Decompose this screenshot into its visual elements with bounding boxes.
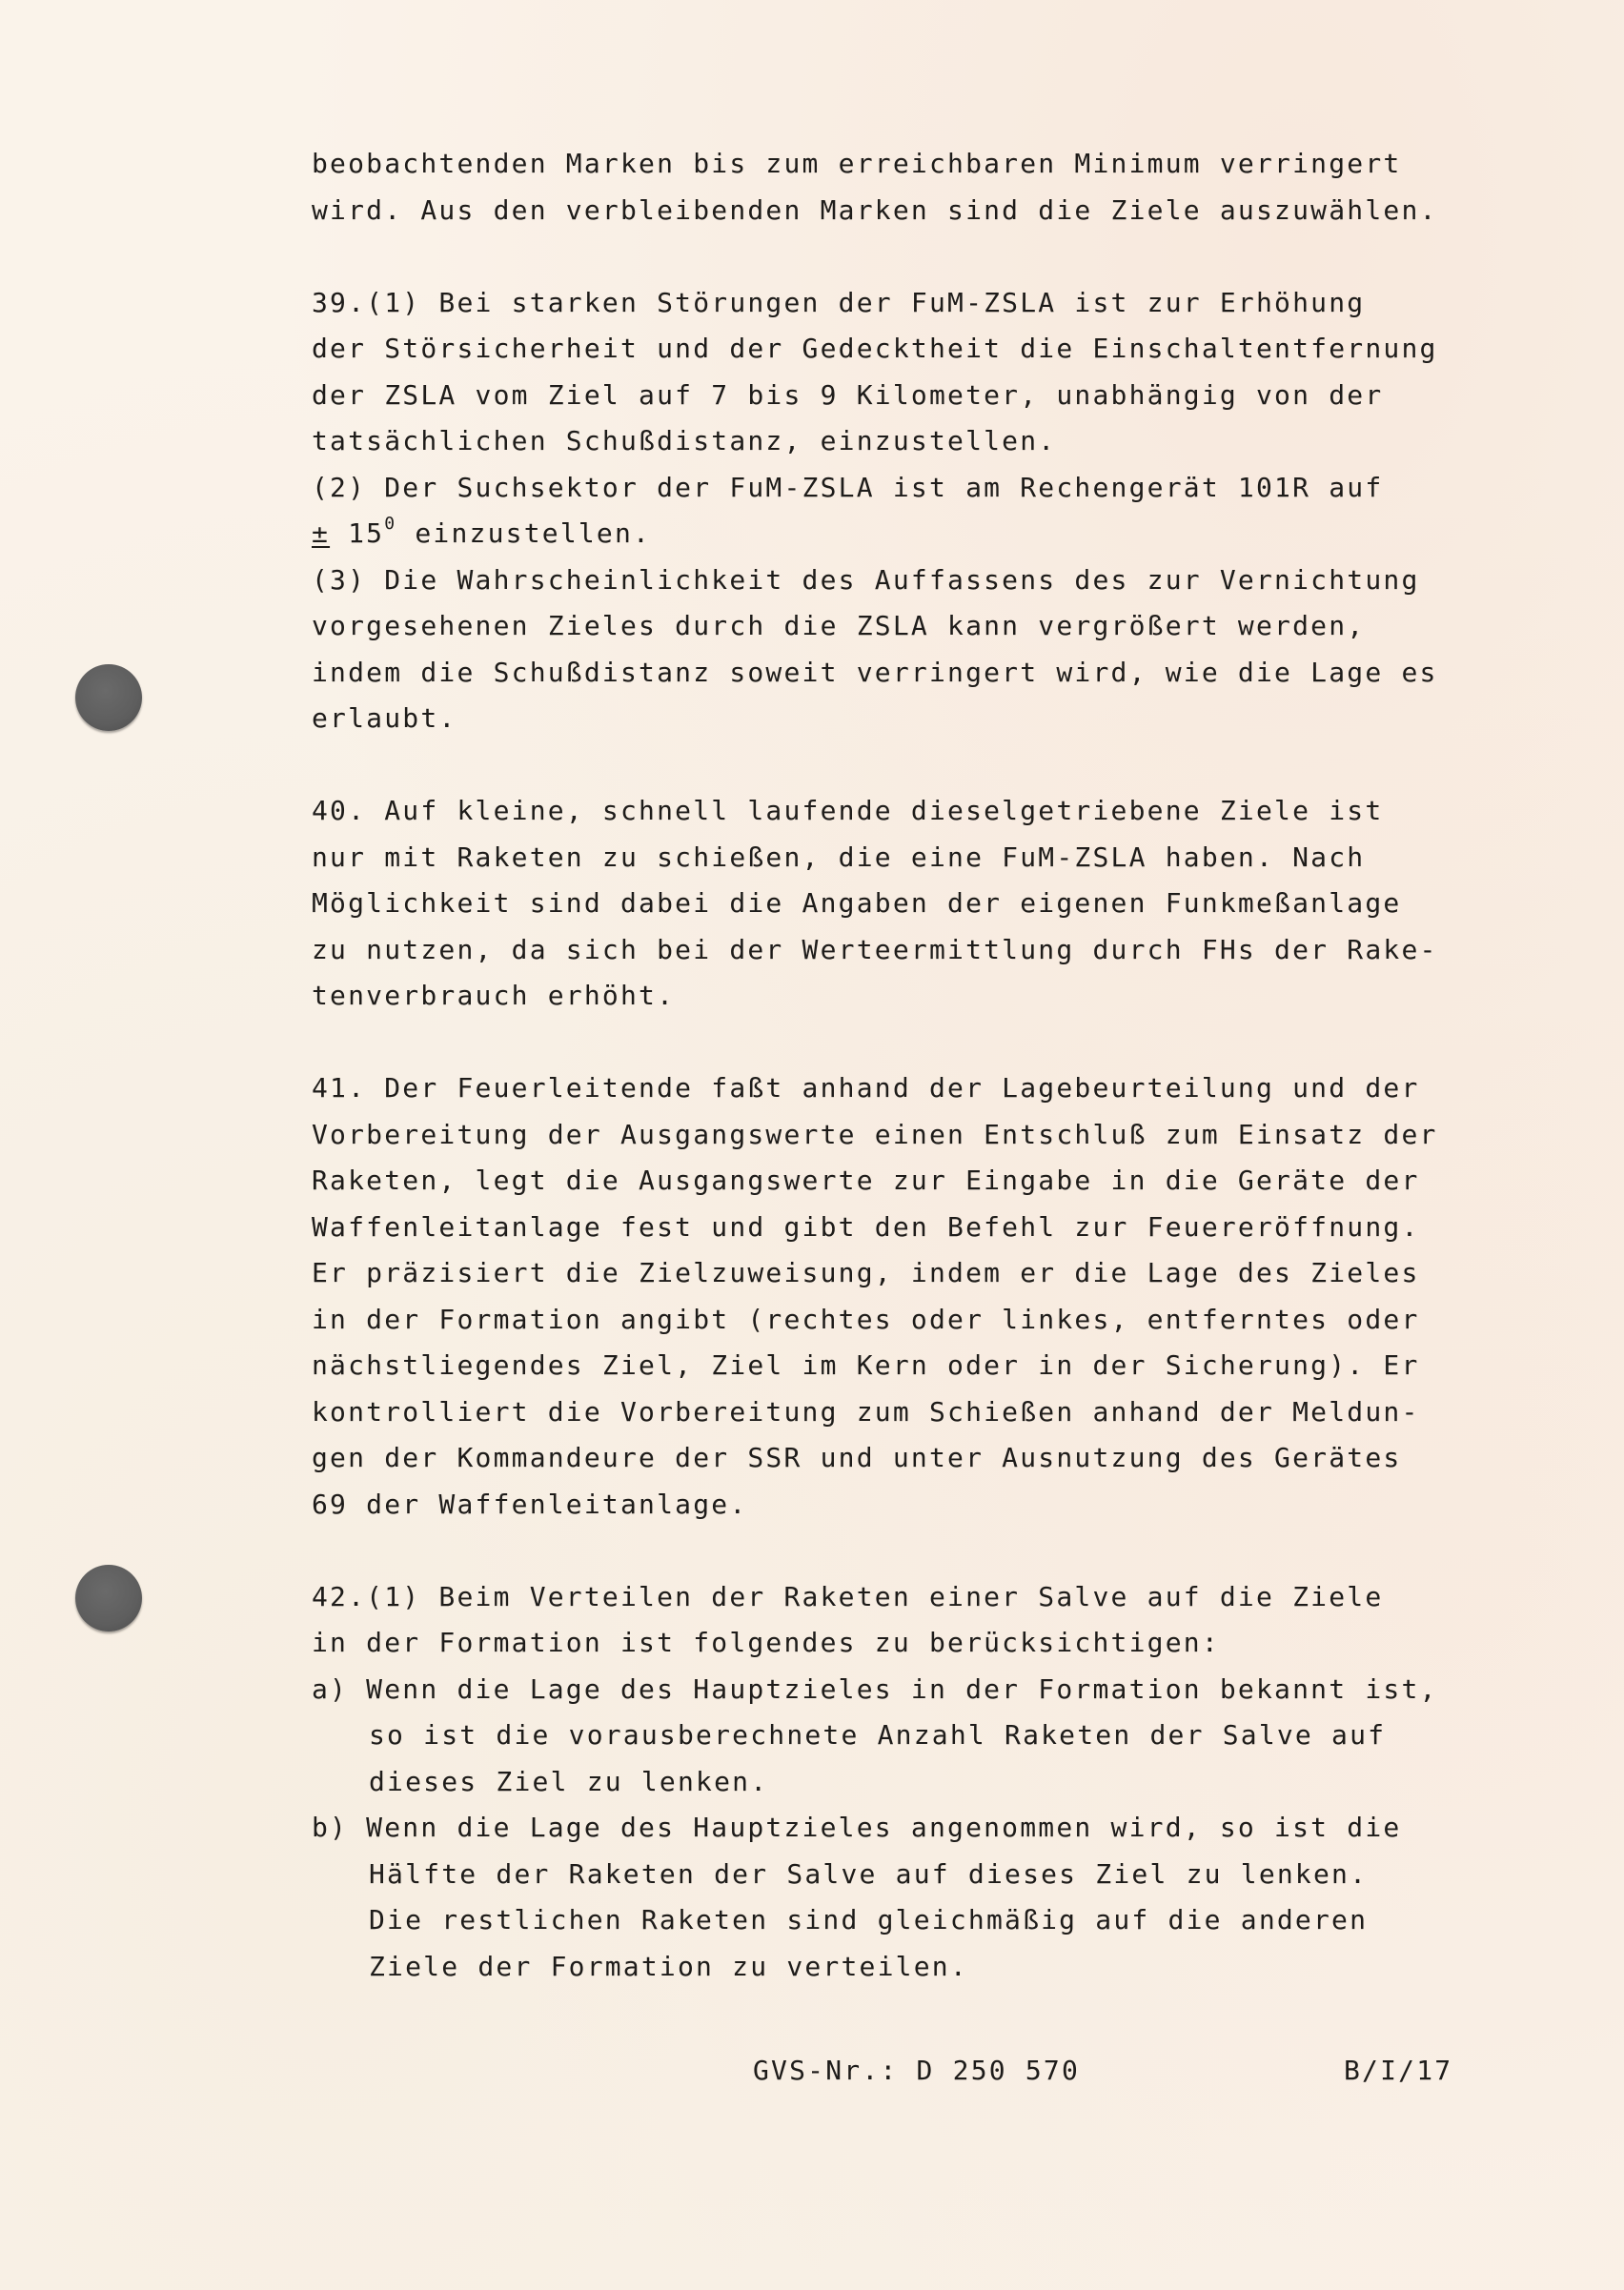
- text-line: Waffenleitanlage fest und gibt den Befeh…: [312, 1205, 1551, 1251]
- section-42: 42.(1) Beim Verteilen der Raketen einer …: [312, 1574, 1551, 1991]
- text-line: in der Formation ist folgendes zu berück…: [312, 1620, 1551, 1667]
- text-line: (2) Der Suchsektor der FuM-ZSLA ist am R…: [312, 465, 1551, 512]
- text-line: 39.(1) Bei starken Störungen der FuM-ZSL…: [312, 280, 1551, 327]
- degree-sign: 0: [384, 514, 396, 534]
- text-line: b) Wenn die Lage des Hauptzieles angenom…: [312, 1805, 1551, 1852]
- list-item-a: a) Wenn die Lage des Hauptzieles in der …: [312, 1667, 1551, 1806]
- text-line: wird. Aus den verbleibenden Marken sind …: [312, 188, 1551, 234]
- text-line: ± 150 einzustellen.: [312, 511, 1551, 557]
- text-line: Die restlichen Raketen sind gleichmäßig …: [312, 1897, 1551, 1944]
- text-line: beobachtenden Marken bis zum erreichbare…: [312, 141, 1551, 188]
- text-line: 42.(1) Beim Verteilen der Raketen einer …: [312, 1574, 1551, 1621]
- text-line: a) Wenn die Lage des Hauptzieles in der …: [312, 1667, 1551, 1713]
- page-reference: B/I/17: [1344, 2055, 1452, 2086]
- text-line: zu nutzen, da sich bei der Werteermittlu…: [312, 927, 1551, 974]
- text-line: Raketen, legt die Ausgangswerte zur Eing…: [312, 1158, 1551, 1205]
- angle-value: 15: [330, 517, 384, 549]
- text-line: Möglichkeit sind dabei die Angaben der e…: [312, 881, 1551, 927]
- text-line: kontrolliert die Vorbereitung zum Schieß…: [312, 1389, 1551, 1436]
- section-40: 40. Auf kleine, schnell laufende dieselg…: [312, 788, 1551, 1020]
- text-line: indem die Schußdistanz soweit verringert…: [312, 650, 1551, 697]
- classification-number: GVS-Nr.: D 250 570: [753, 2055, 1080, 2086]
- text-line: dieses Ziel zu lenken.: [312, 1759, 1551, 1806]
- text-line: vorgesehenen Zieles durch die ZSLA kann …: [312, 603, 1551, 650]
- text-line: Ziele der Formation zu verteilen.: [312, 1944, 1551, 1991]
- text-line: 69 der Waffenleitanlage.: [312, 1482, 1551, 1529]
- document-body: beobachtenden Marken bis zum erreichbare…: [312, 141, 1551, 1990]
- punch-hole: [75, 1565, 142, 1631]
- text-line: 41. Der Feuerleitende faßt anhand der La…: [312, 1065, 1551, 1112]
- punch-hole: [75, 664, 142, 731]
- text-line: der Störsicherheit und der Gedecktheit d…: [312, 326, 1551, 373]
- text-line: in der Formation angibt (rechtes oder li…: [312, 1297, 1551, 1344]
- section-41: 41. Der Feuerleitende faßt anhand der La…: [312, 1065, 1551, 1528]
- text-line: gen der Kommandeure der SSR und unter Au…: [312, 1435, 1551, 1482]
- section-39: 39.(1) Bei starken Störungen der FuM-ZSL…: [312, 280, 1551, 742]
- text-line: Vorbereitung der Ausgangswerte einen Ent…: [312, 1112, 1551, 1159]
- text-line: der ZSLA vom Ziel auf 7 bis 9 Kilometer,…: [312, 373, 1551, 419]
- text-line: nächstliegendes Ziel, Ziel im Kern oder …: [312, 1343, 1551, 1389]
- text-line: so ist die vorausberechnete Anzahl Raket…: [312, 1712, 1551, 1759]
- text-line: tatsächlichen Schußdistanz, einzustellen…: [312, 418, 1551, 465]
- text-fragment: einzustellen.: [396, 517, 651, 549]
- text-line: tenverbrauch erhöht.: [312, 973, 1551, 1020]
- intro-paragraph: beobachtenden Marken bis zum erreichbare…: [312, 141, 1551, 233]
- text-line: (3) Die Wahrscheinlichkeit des Auffassen…: [312, 557, 1551, 604]
- text-line: erlaubt.: [312, 696, 1551, 742]
- text-line: Er präzisiert die Zielzuweisung, indem e…: [312, 1250, 1551, 1297]
- section-39-para-3: (3) Die Wahrscheinlichkeit des Auffassen…: [312, 557, 1551, 742]
- list-item-b: b) Wenn die Lage des Hauptzieles angenom…: [312, 1805, 1551, 1990]
- section-39-para-1: 39.(1) Bei starken Störungen der FuM-ZSL…: [312, 280, 1551, 465]
- text-line: 40. Auf kleine, schnell laufende dieselg…: [312, 788, 1551, 835]
- text-line: Hälfte der Raketen der Salve auf dieses …: [312, 1852, 1551, 1898]
- section-39-para-2: (2) Der Suchsektor der FuM-ZSLA ist am R…: [312, 465, 1551, 557]
- plus-minus-sign: ±: [312, 517, 330, 549]
- text-line: nur mit Raketen zu schießen, die eine Fu…: [312, 835, 1551, 882]
